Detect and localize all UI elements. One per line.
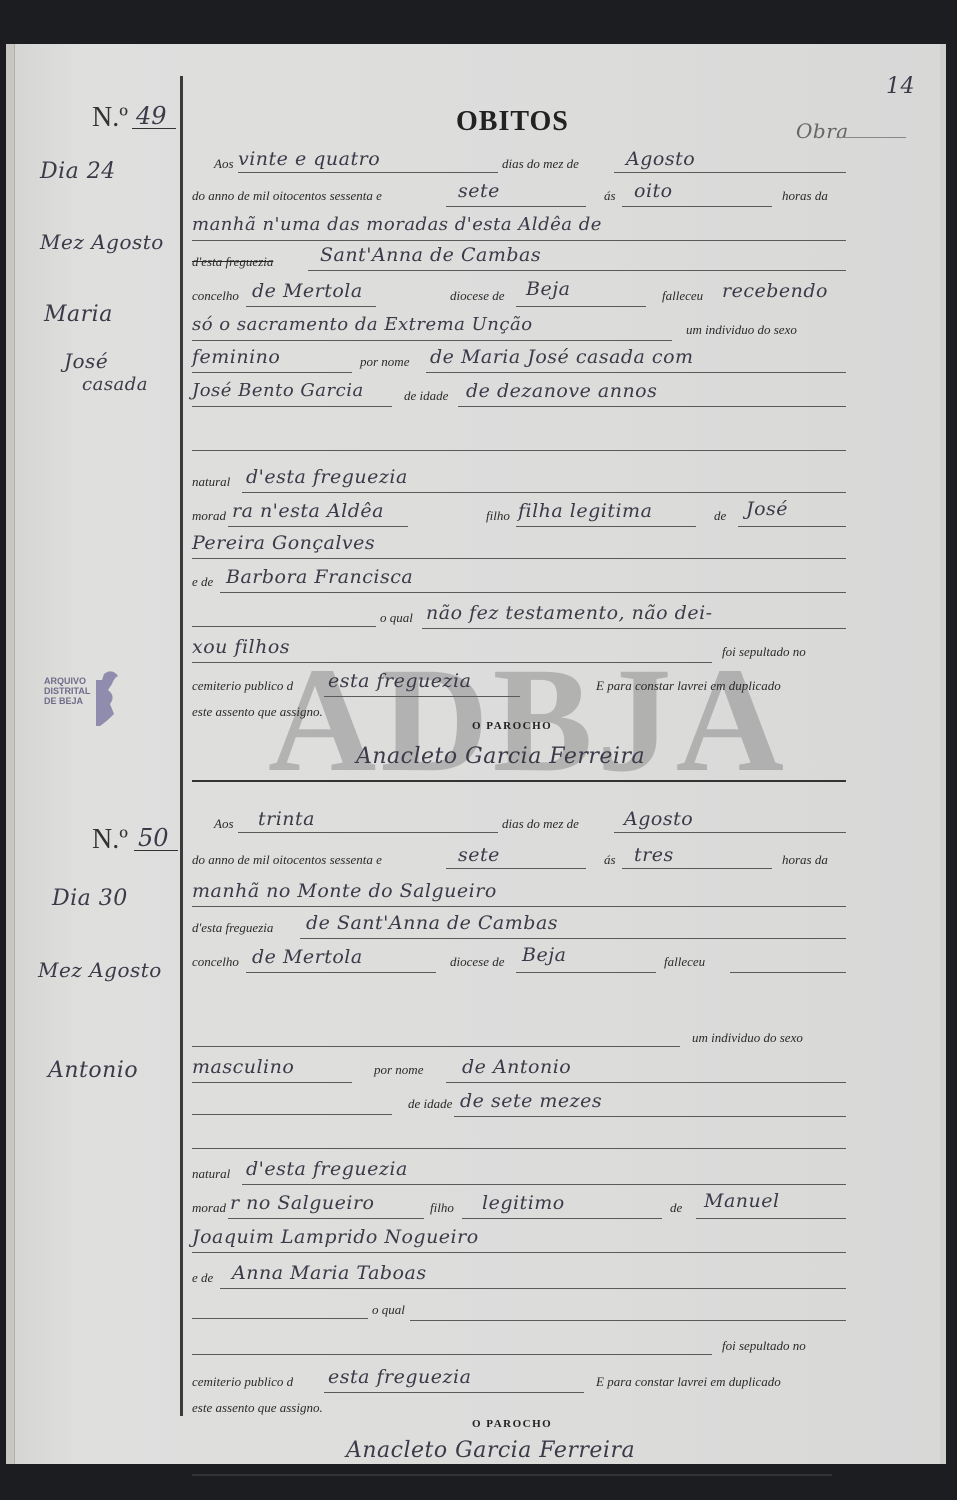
field-remarks-cont: xou filhos	[192, 636, 290, 658]
corner-note: Obra	[796, 119, 849, 143]
label-horas: horas da	[782, 852, 828, 868]
label-natural: natural	[192, 1166, 230, 1182]
page-title: OBITOS	[456, 106, 569, 138]
record-number: 49	[136, 102, 167, 130]
field-day-words: vinte e quatro	[238, 148, 380, 170]
field-year: sete	[458, 180, 500, 202]
label-natural: natural	[192, 474, 230, 490]
label-nome: por nome	[374, 1062, 423, 1078]
field-remarks: não fez testamento, não dei-	[426, 602, 713, 624]
field-month: Agosto	[626, 148, 695, 170]
margin-divider	[180, 76, 183, 1416]
label-e-de: e de	[192, 574, 213, 590]
parish-priest-signature: Anacleto Garcia Ferreira	[346, 1438, 635, 1463]
margin-month: Mez Agosto	[38, 958, 162, 982]
label-idade: de idade	[404, 388, 448, 404]
field-birthplace: d'esta freguezia	[246, 466, 408, 488]
label-sepultado: foi sepultado no	[722, 644, 806, 660]
record-separator	[192, 780, 846, 782]
field-month: Agosto	[624, 808, 693, 830]
register-page: ADBJA ARQUIVO DISTRITAL DE BEJA OBITOS 1…	[6, 44, 946, 1464]
record-separator	[192, 1474, 832, 1476]
label-filho: filho	[486, 508, 510, 524]
label-dias: dias do mez de	[502, 156, 579, 172]
record-number-label: N.º	[92, 824, 128, 856]
margin-name-1: Antonio	[48, 1058, 138, 1083]
label-o-qual: o qual	[380, 610, 413, 626]
field-name: de Antonio	[462, 1056, 571, 1078]
label-falleceu: falleceu	[664, 954, 705, 970]
label-cemiterio: cemiterio publico d	[192, 678, 293, 694]
book-spine	[6, 44, 15, 1464]
label-o-qual: o qual	[372, 1302, 405, 1318]
field-hour: oito	[634, 180, 673, 202]
label-parocho: O PAROCHO	[472, 720, 552, 732]
field-age: de sete mezes	[460, 1090, 602, 1112]
label-de: de	[714, 508, 726, 524]
field-hour: tres	[634, 844, 674, 866]
field-day-words: trinta	[258, 808, 315, 830]
field-name-cont: José Bento Garcia	[192, 380, 364, 401]
stamp-emblem-icon	[92, 670, 124, 730]
field-filiation: legitimo	[482, 1192, 565, 1214]
field-parish: Sant'Anna de Cambas	[320, 244, 541, 266]
label-morad: morad	[192, 1200, 226, 1216]
label-sexo: um individuo do sexo	[686, 322, 797, 338]
label-as: ás	[604, 852, 616, 868]
field-father-cont: Pereira Gonçalves	[192, 532, 375, 554]
field-mother: Barbora Francisca	[226, 566, 413, 588]
field-municipality: de Mertola	[252, 946, 363, 968]
label-nome: por nome	[360, 354, 409, 370]
field-falleceu: recebendo	[722, 280, 828, 302]
label-as: ás	[604, 188, 616, 204]
label-anno: do anno de mil oitocentos sessenta e	[192, 188, 382, 204]
label-e-de: e de	[192, 1270, 213, 1286]
label-diocese: diocese de	[450, 954, 505, 970]
field-diocese: Beja	[526, 278, 570, 300]
field-father: Manuel	[704, 1190, 780, 1212]
record-number: 50	[138, 824, 169, 852]
label-dias: dias do mez de	[502, 816, 579, 832]
field-mother: Anna Maria Taboas	[232, 1262, 427, 1284]
field-cemetery: esta freguezia	[328, 1366, 471, 1388]
field-birthplace: d'esta freguezia	[246, 1158, 408, 1180]
field-residence: r no Salgueiro	[230, 1192, 375, 1214]
field-residence: ra n'esta Aldêa	[232, 500, 384, 522]
field-sex: feminino	[192, 346, 280, 368]
margin-status: casada	[82, 374, 148, 395]
label-horas: horas da	[782, 188, 828, 204]
label-concelho: concelho	[192, 288, 239, 304]
field-father-cont: Joaquim Lamprido Nogueiro	[192, 1226, 479, 1248]
page-edge	[940, 44, 946, 1464]
field-municipality: de Mertola	[252, 280, 363, 302]
label-constar: E para constar lavrei em duplicado	[596, 1374, 781, 1390]
field-parish: de Sant'Anna de Cambas	[306, 912, 558, 934]
margin-name-1: Maria	[44, 302, 113, 327]
margin-month: Mez Agosto	[40, 230, 164, 254]
field-name: de Maria José casada com	[430, 346, 694, 368]
label-aos: Aos	[214, 816, 234, 832]
label-freguezia: d'esta freguezia	[192, 920, 273, 936]
field-filiation: filha legitima	[518, 500, 652, 522]
label-constar: E para constar lavrei em duplicado	[596, 678, 781, 694]
field-period: manhã n'uma das moradas d'esta Aldêa de	[192, 214, 602, 235]
label-parocho: O PAROCHO	[472, 1418, 552, 1430]
label-filho: filho	[430, 1200, 454, 1216]
record-number-label: N.º	[92, 102, 128, 134]
label-assento: este assento que assigno.	[192, 704, 323, 720]
label-sexo: um individuo do sexo	[692, 1030, 803, 1046]
field-age: de dezanove annos	[466, 380, 657, 402]
label-diocese: diocese de	[450, 288, 505, 304]
label-de: de	[670, 1200, 682, 1216]
margin-day: Dia 24	[40, 159, 116, 184]
field-diocese: Beja	[522, 944, 566, 966]
label-concelho: concelho	[192, 954, 239, 970]
label-idade: de idade	[408, 1096, 452, 1112]
label-aos: Aos	[214, 156, 234, 172]
field-sex: masculino	[192, 1056, 294, 1078]
field-father: José	[746, 498, 788, 520]
archive-stamp: ARQUIVO DISTRITAL DE BEJA	[44, 676, 124, 734]
label-anno: do anno de mil oitocentos sessenta e	[192, 852, 382, 868]
margin-name-2: José	[64, 349, 108, 373]
label-morad: morad	[192, 508, 226, 524]
label-assento: este assento que assigno.	[192, 1400, 323, 1416]
label-cemiterio: cemiterio publico d	[192, 1374, 293, 1390]
margin-day: Dia 30	[52, 886, 128, 911]
label-freguezia: d'esta freguezia	[192, 254, 273, 270]
field-period: manhã no Monte do Salgueiro	[192, 880, 497, 902]
label-sepultado: foi sepultado no	[722, 1338, 806, 1354]
field-year: sete	[458, 844, 500, 866]
field-falleceu-cont: só o sacramento da Extrema Unção	[192, 314, 533, 335]
folio-number: 14	[886, 74, 915, 99]
parish-priest-signature: Anacleto Garcia Ferreira	[356, 744, 645, 769]
label-falleceu: falleceu	[662, 288, 703, 304]
field-cemetery: esta freguezia	[328, 670, 471, 692]
